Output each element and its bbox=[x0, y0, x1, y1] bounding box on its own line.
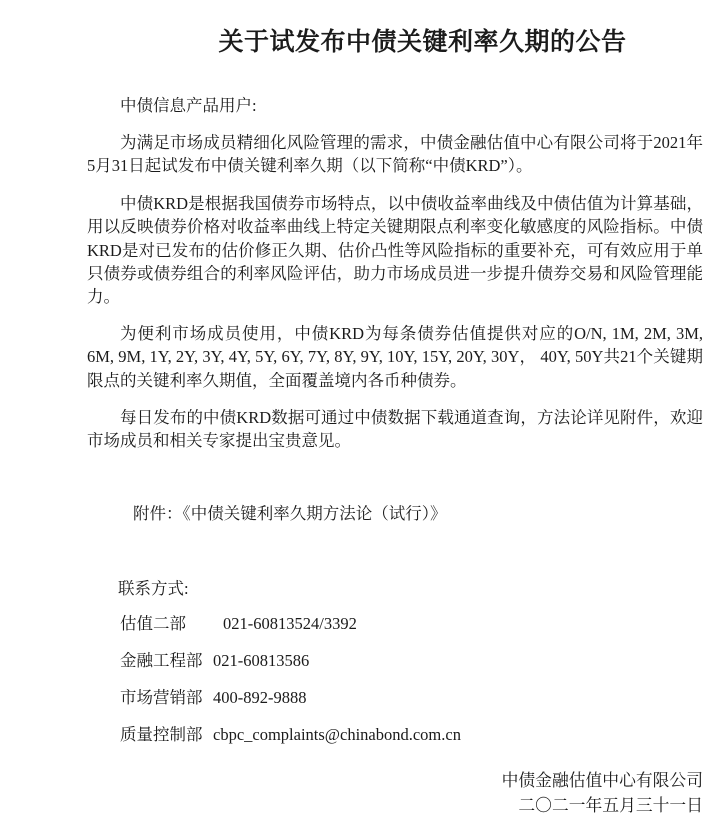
contact-dept: 市场营销部 bbox=[120, 686, 213, 709]
body-paragraph-3: 为便利市场成员使用，中债KRD为每条债券估值提供对应的O/N, 1M, 2M, … bbox=[87, 322, 703, 392]
contact-row: 质量控制部cbpc_complaints@chinabond.com.cn bbox=[120, 723, 703, 746]
attachment-note: 附件：《中债关键利率久期方法论（试行）》 bbox=[133, 502, 703, 525]
contact-list: 估值二部021-60813524/3392 金融工程部021-60813586 … bbox=[120, 612, 703, 746]
contact-row: 市场营销部400-892-9888 bbox=[120, 686, 703, 709]
contact-row: 金融工程部021-60813586 bbox=[120, 649, 703, 672]
contact-heading: 联系方式: bbox=[118, 577, 703, 600]
body-paragraph-1: 为满足市场成员精细化风险管理的需求，中债金融估值中心有限公司将于2021年5月3… bbox=[87, 131, 703, 178]
contact-value: 021-60813524/3392 bbox=[223, 614, 357, 633]
contact-row: 估值二部021-60813524/3392 bbox=[120, 612, 703, 635]
body-paragraph-2: 中债KRD是根据我国债券市场特点，以中债收益率曲线及中债估值为计算基础，用以反映… bbox=[87, 192, 703, 309]
contact-dept: 估值二部 bbox=[120, 612, 213, 635]
page-title: 关于试发布中债关键利率久期的公告 bbox=[87, 28, 703, 58]
body-paragraph-4: 每日发布的中债KRD数据可通过中债数据下载通道查询，方法论详见附件，欢迎市场成员… bbox=[87, 406, 703, 453]
contact-dept: 金融工程部 bbox=[120, 649, 213, 672]
announcement-document: 关于试发布中债关键利率久期的公告 中债信息产品用户: 为满足市场成员精细化风险管… bbox=[0, 0, 721, 828]
contact-dept: 质量控制部 bbox=[120, 723, 213, 746]
contact-value: 400-892-9888 bbox=[213, 688, 307, 707]
signature-company: 中债金融估值中心有限公司 bbox=[87, 768, 703, 793]
contact-value: cbpc_complaints@chinabond.com.cn bbox=[213, 725, 461, 744]
signature-date: 二〇二一年五月三十一日 bbox=[87, 793, 703, 818]
signature-block: 中债金融估值中心有限公司 二〇二一年五月三十一日 bbox=[87, 768, 703, 818]
salutation: 中债信息产品用户: bbox=[120, 94, 703, 117]
contact-value: 021-60813586 bbox=[213, 651, 309, 670]
